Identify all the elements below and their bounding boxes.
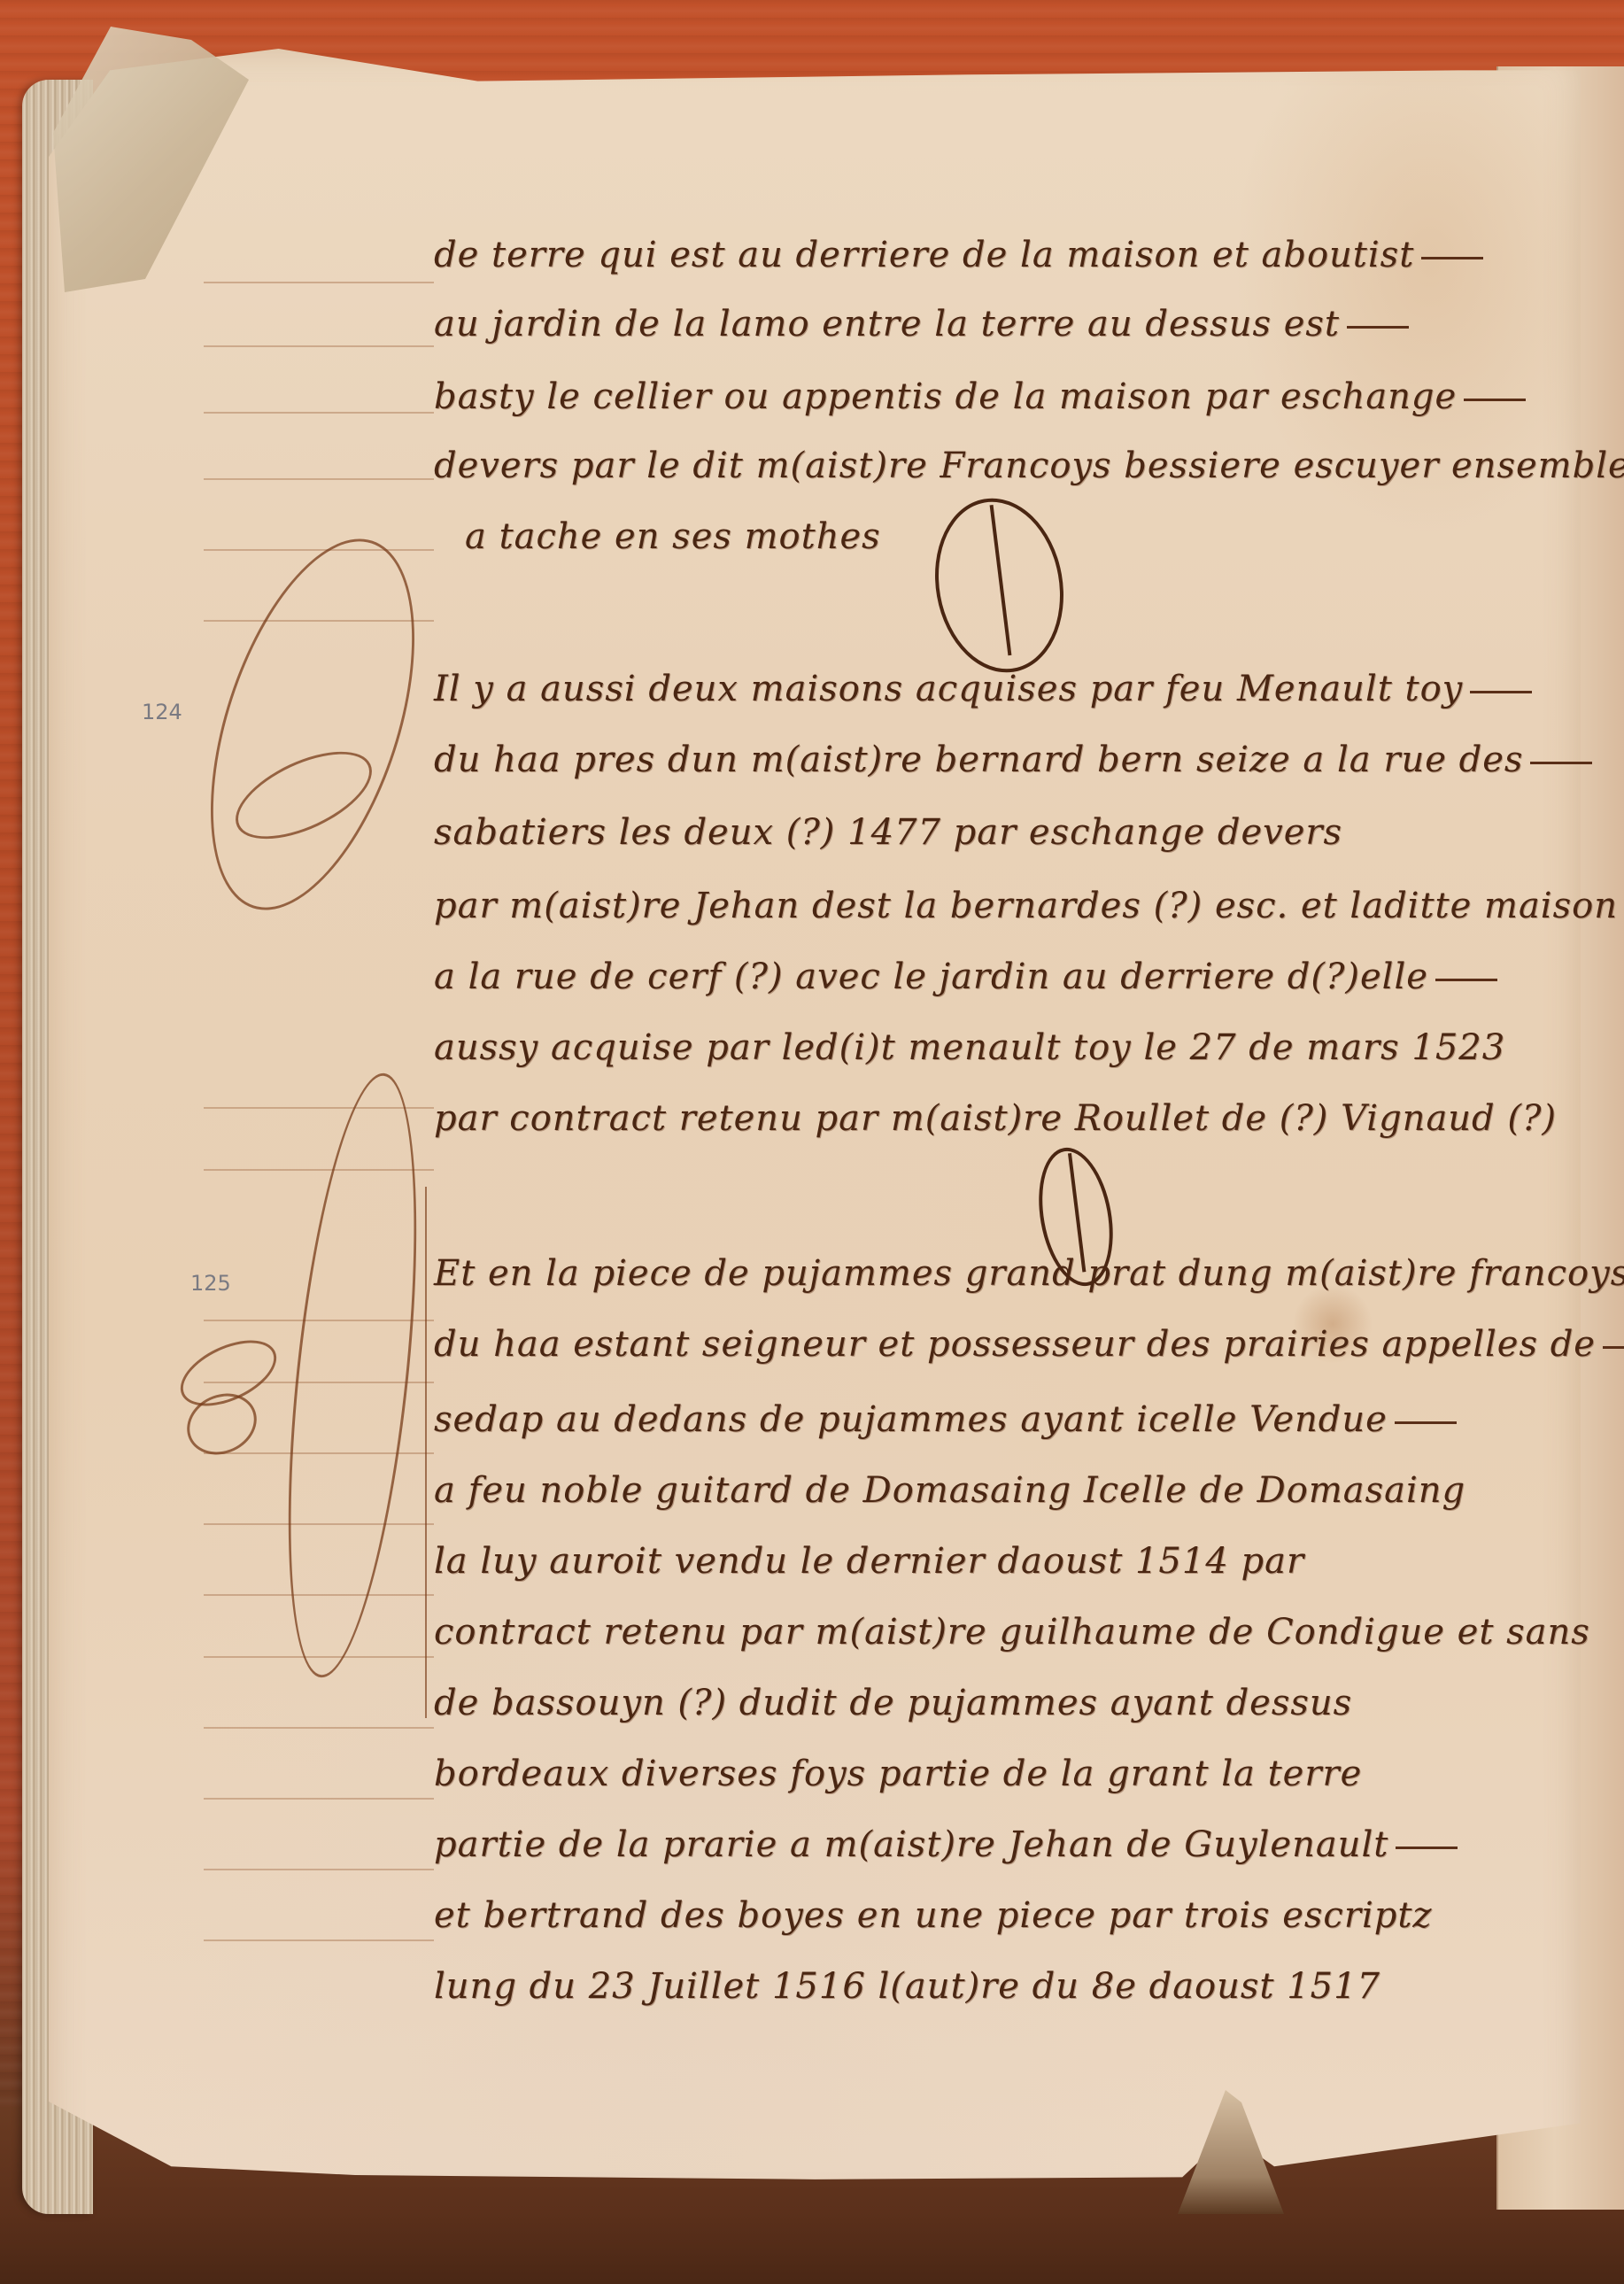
text-line-2: au jardin de la lamo entre la terre au d… [434, 304, 1409, 345]
text-line-17: la luy auroit vendu le dernier daoust 15… [434, 1541, 1304, 1582]
text-line-22: et bertrand des boyes en une piece par t… [434, 1895, 1433, 1936]
text-line-23: lung du 23 Juillet 1516 l(aut)re du 8e d… [434, 1966, 1380, 2007]
text-line-5: a tache en ses mothes [465, 516, 881, 557]
text-line-6: Il y a aussi deux maisons acquises par f… [434, 669, 1532, 709]
text-line-9: par m(aist)re Jehan dest la bernardes (?… [434, 886, 1624, 926]
text-line-14: du haa estant seigneur et possesseur des… [434, 1324, 1624, 1365]
text-line-16: a feu noble guitard de Domasaing Icelle … [434, 1470, 1465, 1511]
text-line-1: de terre qui est au derriere de la maiso… [434, 235, 1483, 275]
text-line-13: Et en la piece de pujammes grand prat du… [434, 1253, 1624, 1294]
text-line-15: sedap au dedans de pujammes ayant icelle… [434, 1399, 1457, 1440]
text-line-7: du haa pres dun m(aist)re bernard bern s… [434, 739, 1592, 780]
text-line-20: bordeaux diverses foys partie de la gran… [434, 1754, 1362, 1794]
text-line-3: basty le cellier ou appentis de la maiso… [434, 376, 1526, 417]
text-line-8: sabatiers les deux (?) 1477 par eschange… [434, 812, 1342, 853]
text-line-21: partie de la prarie a m(aist)re Jehan de… [434, 1824, 1458, 1865]
text-line-10: a la rue de cerf (?) avec le jardin au d… [434, 956, 1497, 997]
folio-number-124: 124 [142, 700, 182, 724]
margin-rule-line [425, 1187, 427, 1718]
folio-number-125: 125 [190, 1271, 231, 1296]
text-line-4: devers par le dit m(aist)re Francoys bes… [434, 445, 1624, 486]
text-line-11: aussy acquise par led(i)t menault toy le… [434, 1027, 1505, 1068]
text-line-18: contract retenu par m(aist)re guilhaume … [434, 1612, 1590, 1653]
text-line-12: par contract retenu par m(aist)re Roulle… [434, 1098, 1557, 1139]
text-line-19: de bassouyn (?) dudit de pujammes ayant … [434, 1683, 1352, 1723]
